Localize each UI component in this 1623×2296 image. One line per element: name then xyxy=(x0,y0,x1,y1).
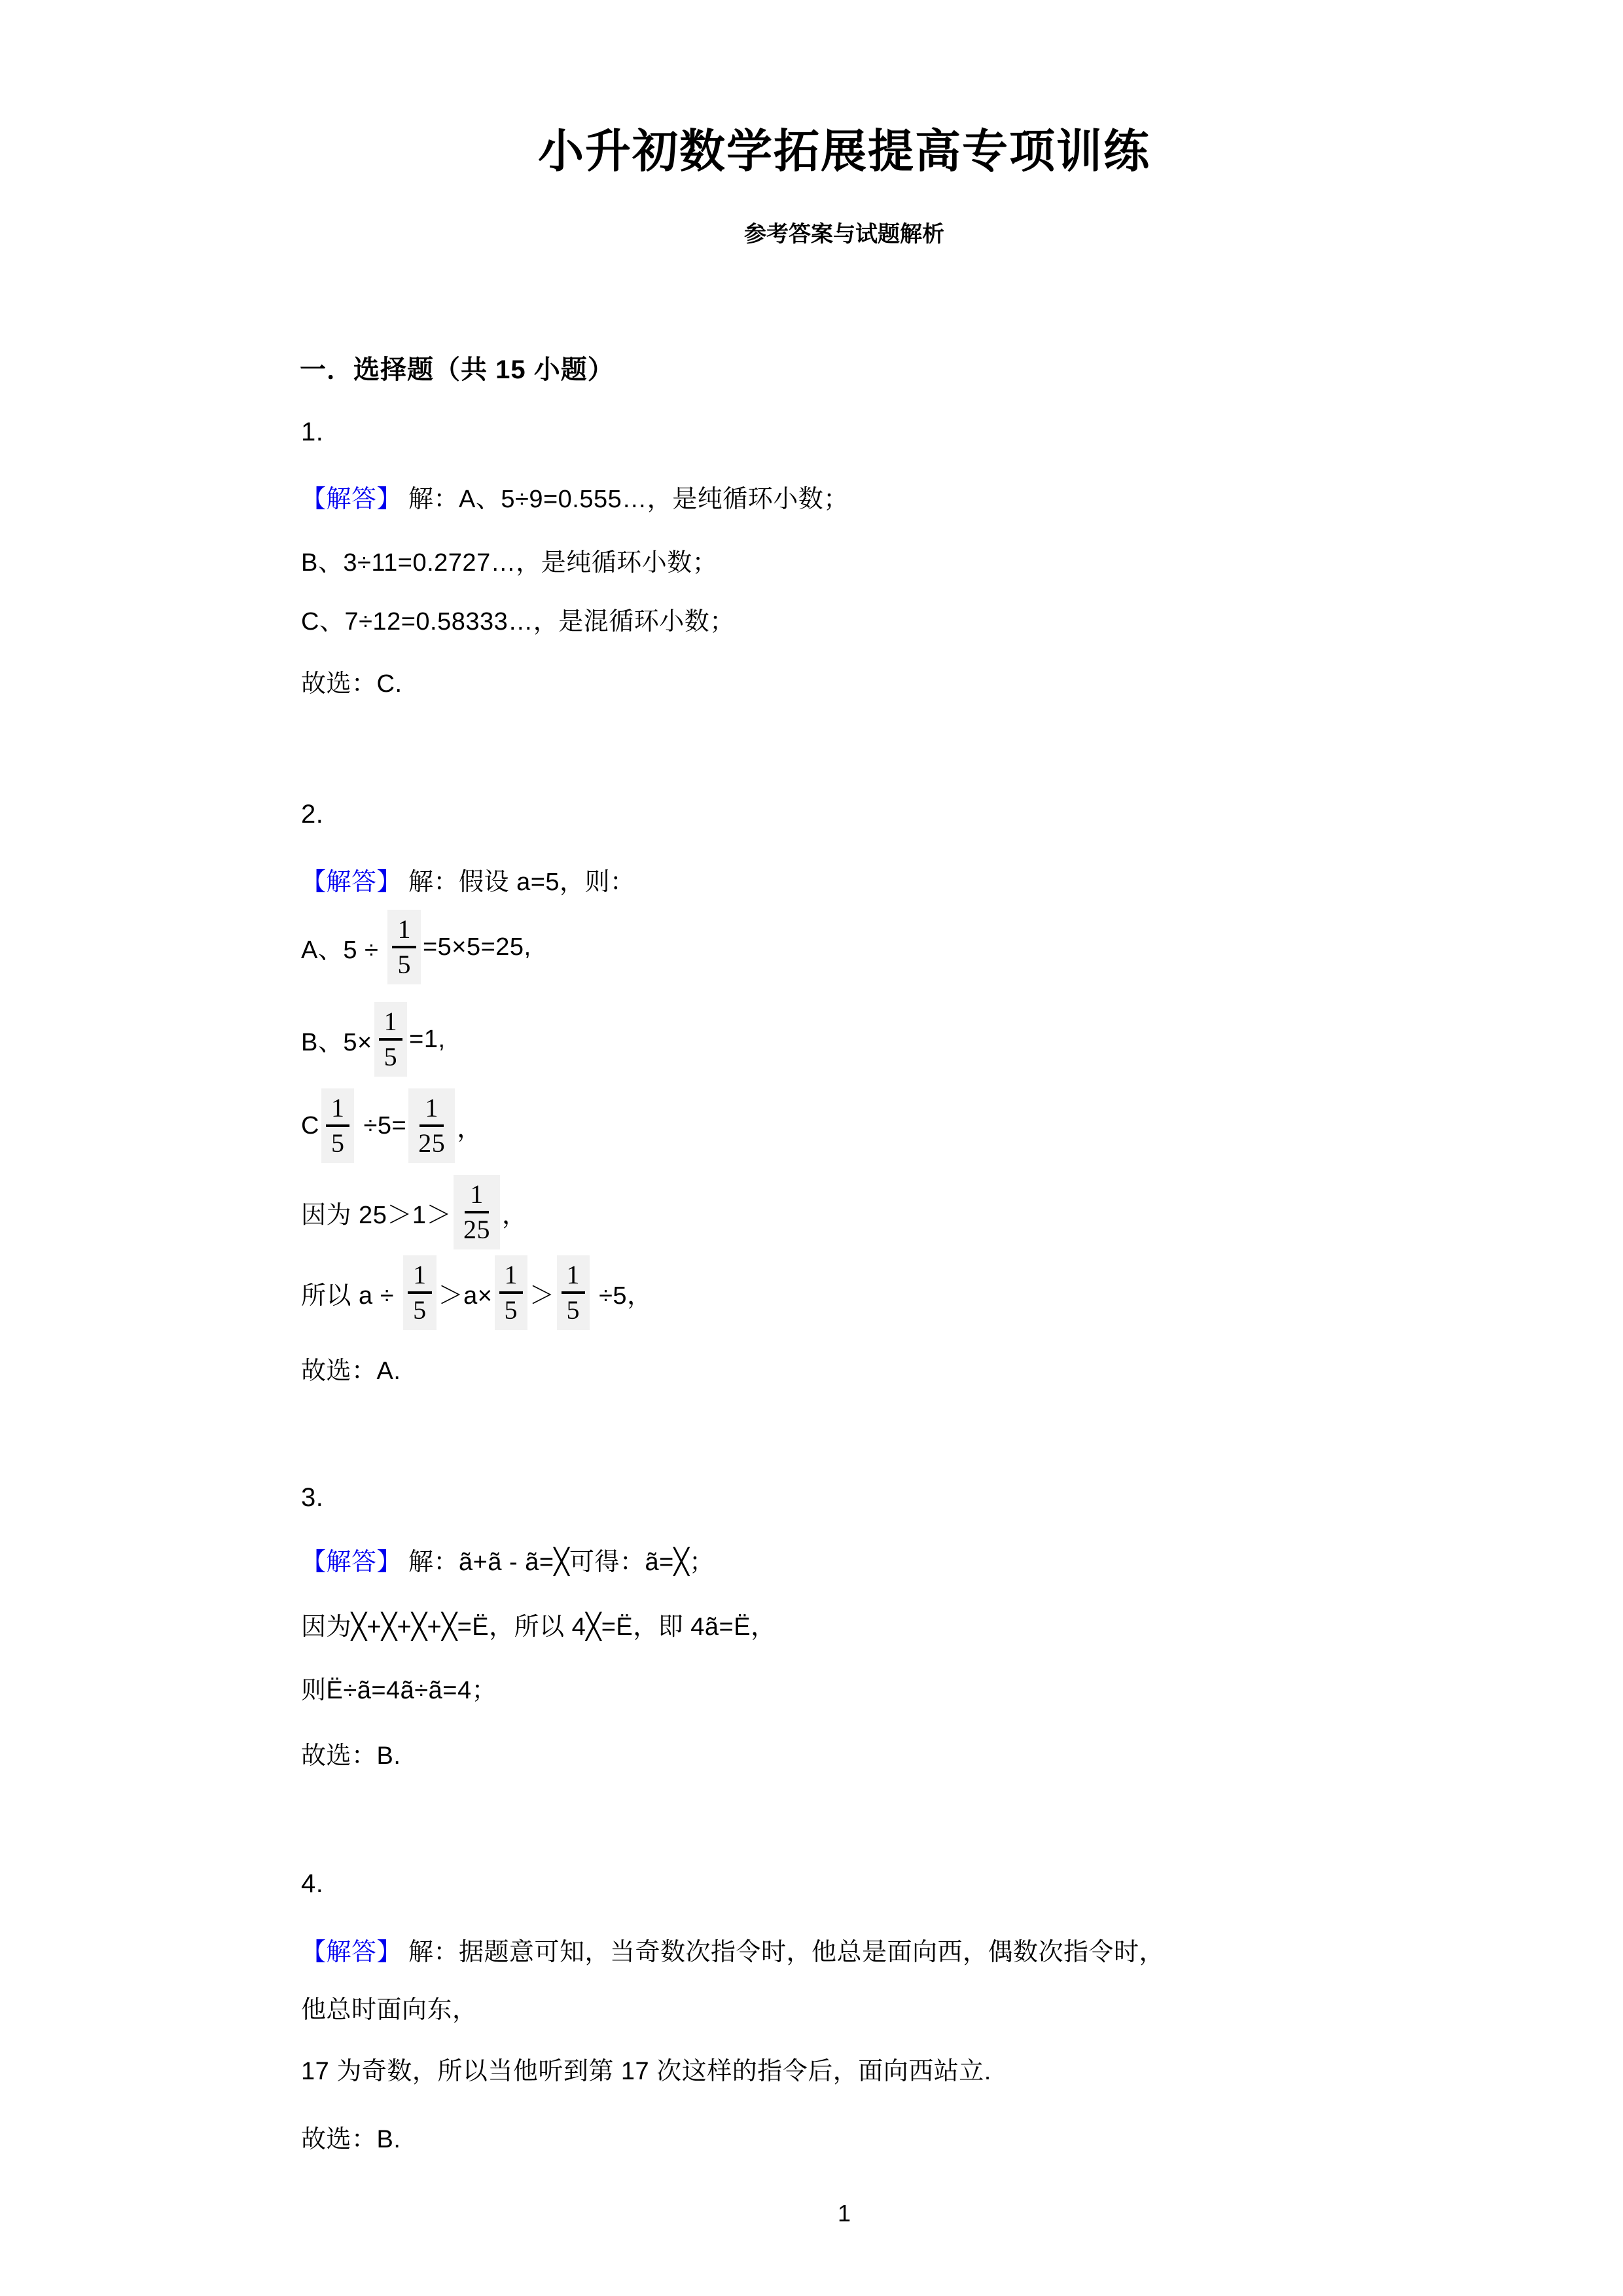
equation-text: A、5 ÷ xyxy=(301,929,385,965)
answer-label: 【解答】 xyxy=(301,1931,402,1967)
equation-text: ÷5， xyxy=(592,1275,652,1311)
fraction-denominator: 25 xyxy=(413,1127,450,1160)
fraction: 125 xyxy=(454,1175,500,1249)
solution-text: 解：A、5÷9=0.555…，是纯循环小数； xyxy=(408,478,849,514)
fraction: 125 xyxy=(408,1088,455,1163)
fraction-numerator: 1 xyxy=(379,1005,403,1041)
answer-label: 【解答】 xyxy=(301,478,402,514)
question-1-solution-line-1: 【解答】解：A、5÷9=0.555…，是纯循环小数； xyxy=(301,476,849,516)
fraction-numerator: 1 xyxy=(562,1259,586,1294)
question-4-solution-line-2: 他总时面向东， xyxy=(301,1987,478,2026)
question-1-number: 1. xyxy=(301,412,323,452)
equation-text: =5×5=25, xyxy=(423,933,531,961)
solution-text: 解：据题意可知，当奇数次指令时，他总是面向西，偶数次指令时， xyxy=(408,1931,1164,1967)
fraction-numerator: 1 xyxy=(465,1178,489,1213)
equation-text: B、5× xyxy=(301,1022,372,1058)
equation-text: ， xyxy=(502,1194,527,1230)
fraction-denominator: 5 xyxy=(379,1041,403,1073)
question-4-answer-line: 故选：B. xyxy=(301,2117,401,2156)
fraction-numerator: 1 xyxy=(392,913,416,948)
equation-text: ， xyxy=(457,1108,482,1144)
fraction-numerator: 1 xyxy=(419,1092,444,1127)
fraction-numerator: 1 xyxy=(326,1092,350,1127)
equation-text: ÷5= xyxy=(356,1112,406,1140)
question-2-therefore-line: 所以 a ÷ 15＞a×15＞15 ÷5， xyxy=(301,1244,652,1342)
fraction-denominator: 25 xyxy=(458,1213,495,1246)
question-1-solution-line-2: B、3÷11=0.2727…，是纯循环小数； xyxy=(301,540,717,579)
answer-label: 【解答】 xyxy=(301,861,402,897)
fraction: 15 xyxy=(403,1255,437,1330)
fraction-numerator: 1 xyxy=(408,1259,432,1294)
question-3-solution-line-2: 因为╳+╳+╳+╳=Ë，所以 4╳=Ë，即 4ã=Ë， xyxy=(301,1604,776,1643)
question-3-solution-line-1: 【解答】解：ã+ã - ã=╳可得：ã=╳； xyxy=(301,1539,715,1579)
question-4-solution-line-1: 【解答】解：据题意可知，当奇数次指令时，他总是面向西，偶数次指令时， xyxy=(301,1929,1164,1969)
question-4-number: 4. xyxy=(301,1864,323,1903)
fraction-denominator: 5 xyxy=(392,948,416,981)
question-2-option-c-equation: C15 ÷5=125， xyxy=(301,1077,482,1175)
equation-text: =1, xyxy=(409,1026,445,1054)
equation-text: C xyxy=(301,1112,319,1140)
question-2-solution-line-1: 【解答】解：假设 a=5，则： xyxy=(301,859,635,899)
fraction-denominator: 5 xyxy=(499,1294,524,1327)
question-2-option-b-equation: B、5×15=1, xyxy=(301,990,446,1088)
page-number: 1 xyxy=(301,2194,1387,2233)
question-1-solution-line-3: C、7÷12=0.58333…，是混循环小数； xyxy=(301,599,735,638)
fraction-denominator: 5 xyxy=(408,1294,432,1327)
fraction: 15 xyxy=(557,1255,590,1330)
question-2-option-a-equation: A、5 ÷ 15=5×5=25, xyxy=(301,898,531,996)
fraction: 15 xyxy=(374,1002,408,1077)
document-title: 小升初数学拓展提高专项训练 xyxy=(301,124,1387,181)
solution-text: 解：假设 a=5，则： xyxy=(408,861,635,897)
fraction: 15 xyxy=(321,1088,355,1163)
question-2-number: 2. xyxy=(301,795,323,834)
question-4-solution-line-3: 17 为奇数，所以当他听到第 17 次这样的指令后，面向西站立. xyxy=(301,2049,991,2088)
fraction-denominator: 5 xyxy=(562,1294,586,1327)
fraction: 15 xyxy=(387,910,421,984)
equation-text: 因为 25＞1＞ xyxy=(301,1194,452,1230)
fraction-numerator: 1 xyxy=(499,1259,524,1294)
equation-text: ＞a× xyxy=(438,1275,493,1311)
section-heading: 一．选择题（共 15 小题） xyxy=(300,350,615,389)
document-page: 小升初数学拓展提高专项训练 参考答案与试题解析 一．选择题（共 15 小题） 1… xyxy=(0,0,1623,2296)
answer-label: 【解答】 xyxy=(301,1541,402,1577)
solution-text: 解：ã+ã - ã=╳可得：ã=╳； xyxy=(408,1541,715,1577)
question-2-answer-line: 故选：A. xyxy=(301,1348,401,1388)
fraction: 15 xyxy=(495,1255,528,1330)
question-3-answer-line: 故选：B. xyxy=(301,1733,401,1772)
question-3-number: 3. xyxy=(301,1478,323,1517)
document-subtitle: 参考答案与试题解析 xyxy=(301,219,1387,250)
question-3-solution-line-3: 则Ë÷ã=4ã÷ã=4； xyxy=(301,1668,497,1707)
question-1-answer-line: 故选：C. xyxy=(301,661,402,700)
equation-text: ＞ xyxy=(529,1275,555,1311)
fraction-denominator: 5 xyxy=(326,1127,350,1160)
equation-text: 所以 a ÷ xyxy=(301,1275,401,1311)
